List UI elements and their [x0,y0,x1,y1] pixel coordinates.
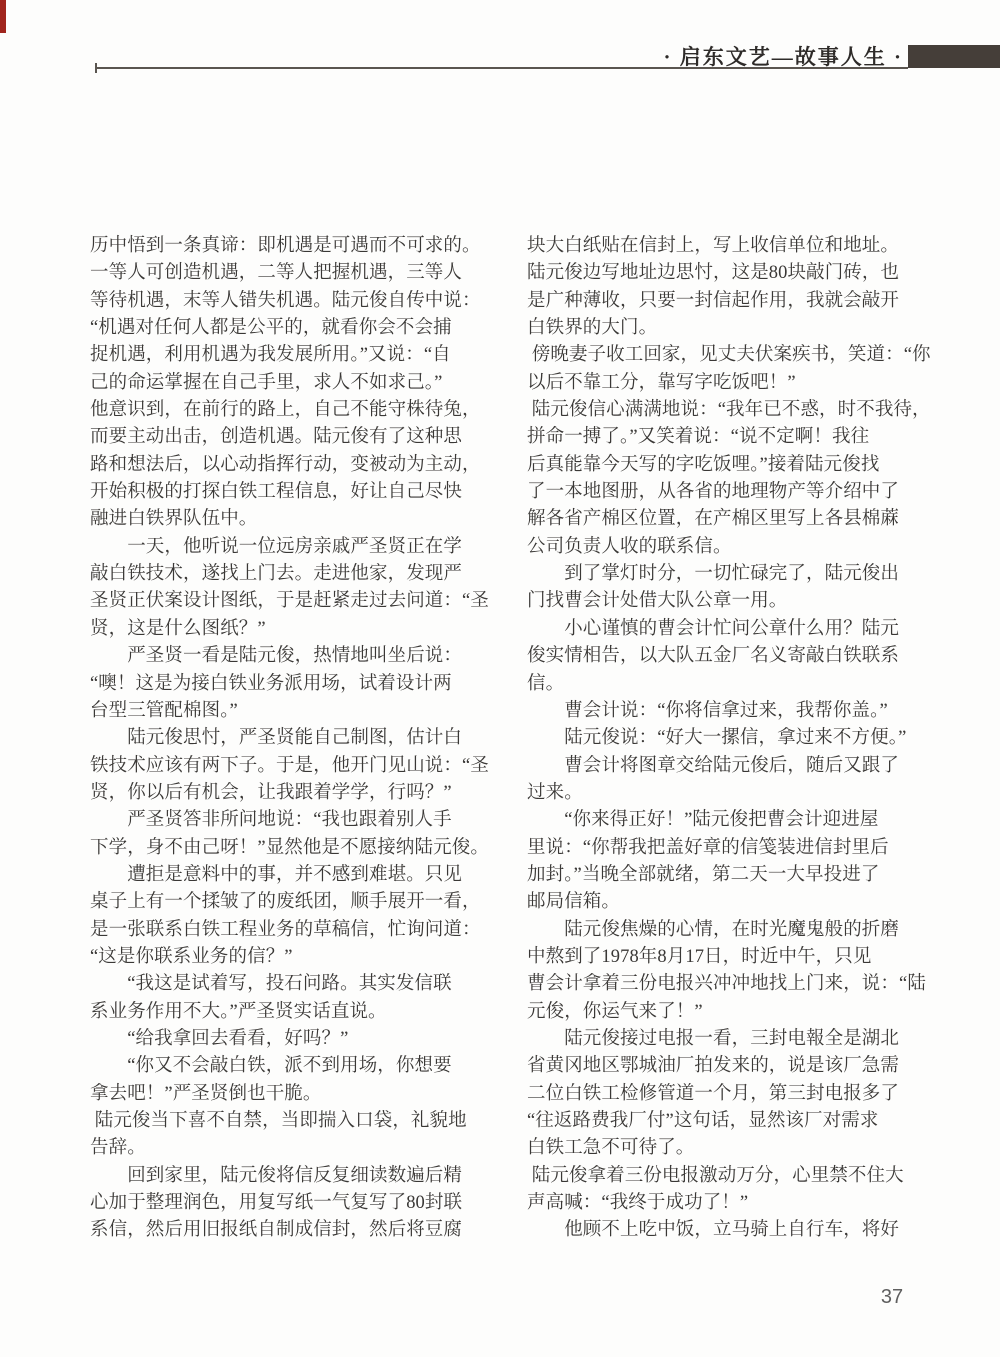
text-line: 贤，这是什么图纸？” [90,616,488,643]
text-column-left: 历中悟到一条真谛：即机遇是可遇而不可求的。一等人可创造机遇，二等人把握机遇，三等… [90,233,488,1245]
text-line: 回到家里，陆元俊将信反复细读数遍后精 [90,1163,488,1190]
text-line: “我这是试着写，投石问路。其实发信联 [90,971,488,998]
text-line: 是广种薄收，只要一封信起作用，我就会敲开 [527,288,925,315]
text-line: 告辞。 [90,1135,488,1162]
text-line: 俊实情相告，以大队五金厂名义寄敲白铁联系 [527,643,925,670]
text-line: “给我拿回去看看，好吗？” [90,1026,488,1053]
text-line: 一等人可创造机遇，二等人把握机遇，三等人 [90,260,488,287]
text-line: 捉机遇，利用机遇为我发展所用。”又说：“自 [90,342,488,369]
text-line: 陆元俊说：“好大一摞信，拿过来不方便。” [527,725,925,752]
text-line: 解各省产棉区位置，在产棉区里写上各县棉蔴 [527,506,925,533]
header-rule-tick [95,63,97,73]
text-line: 开始积极的打探白铁工程信息，好让自己尽快 [90,479,488,506]
text-line: “噢！这是为接白铁业务派用场，试着设计两 [90,671,488,698]
text-line: 拼命一搏了。”又笑着说：“说不定啊！我往 [527,424,925,451]
text-line: “你来得正好！”陆元俊把曹会计迎进屋 [527,807,925,834]
text-line: 他意识到，在前行的路上，自己不能守株待兔， [90,397,488,424]
text-line: 陆元俊当下喜不自禁，当即揣入口袋，礼貌地 [90,1108,488,1135]
text-line: 圣贤正伏案设计图纸，于是赶紧走过去问道：“圣 [90,588,488,615]
red-corner-mark [0,0,6,33]
text-line: 系信，然后用旧报纸自制成信封，然后将豆腐 [90,1217,488,1244]
text-line: 块大白纸贴在信封上，写上收信单位和地址。 [527,233,925,260]
text-line: 己的命运掌握在自己手里，求人不如求己。” [90,370,488,397]
text-line: 到了掌灯时分，一切忙碌完了，陆元俊出 [527,561,925,588]
page-number: 37 [872,1286,912,1309]
text-line: 元俊，你运气来了！” [527,999,925,1026]
text-line: 小心谨慎的曹会计忙问公章什么用？陆元 [527,616,925,643]
text-line: 下学，身不由己呀！”显然他是不愿接纳陆元俊。 [90,835,488,862]
text-line: 白铁工急不可待了。 [527,1135,925,1162]
text-line: 以后不靠工分，靠写字吃饭吧！” [527,370,925,397]
text-line: 路和想法后，以心动指挥行动，变被动为主动， [90,452,488,479]
text-line: 了一本地图册，从各省的地理物产等介绍中了 [527,479,925,506]
text-line: 曹会计将图章交给陆元俊后，随后又跟了 [527,753,925,780]
text-line: 遭拒是意料中的事，并不感到难堪。只见 [90,862,488,889]
text-line: 曹会计拿着三份电报兴冲冲地找上门来，说：“陆 [527,971,925,998]
text-line: 过来。 [527,780,925,807]
text-line: 公司负责人收的联系信。 [527,534,925,561]
text-line: 历中悟到一条真谛：即机遇是可遇而不可求的。 [90,233,488,260]
text-line: 而要主动出击，创造机遇。陆元俊有了这种思 [90,424,488,451]
text-line: “往返路费我厂付”这句话，显然该厂对需求 [527,1108,925,1135]
text-line: 邮局信箱。 [527,889,925,916]
text-line: 他顾不上吃中饭，立马骑上自行车，将好 [527,1217,925,1244]
text-line: 陆元俊焦燥的心情，在时光魔鬼般的折磨 [527,917,925,944]
text-line: 等待机遇，末等人错失机遇。陆元俊自传中说： [90,288,488,315]
text-line: 门找曹会计处借大队公章一用。 [527,588,925,615]
magazine-page: · 启东文艺—故事人生 · 历中悟到一条真谛：即机遇是可遇而不可求的。一等人可创… [0,0,1000,1357]
text-line: 中熬到了1978年8月17日，时近中午，只见 [527,944,925,971]
header-rule [95,67,908,69]
text-line: 系业务作用不大。”严圣贤实话直说。 [90,999,488,1026]
text-line: 桌子上有一个揉皱了的废纸团，顺手展开一看， [90,889,488,916]
text-line: 后真能靠今天写的字吃饭哩。”接着陆元俊找 [527,452,925,479]
text-line: 敲白铁技术，遂找上门去。走进他家，发现严 [90,561,488,588]
text-line: 一天，他听说一位远房亲戚严圣贤正在学 [90,534,488,561]
text-line: 里说：“你帮我把盖好章的信笺装进信封里后 [527,835,925,862]
text-line: 心加于整理润色，用复写纸一气复写了80封联 [90,1190,488,1217]
text-line: 声高喊：“我终于成功了！” [527,1190,925,1217]
text-line: 加封。”当晚全部就绪，第二天一大早投进了 [527,862,925,889]
text-line: 省黄冈地区鄂城油厂拍发来的，说是该厂急需 [527,1053,925,1080]
text-column-right: 块大白纸贴在信封上，写上收信单位和地址。陆元俊边写地址边思忖，这是80块敲门砖，… [527,233,925,1245]
text-line: 陆元俊信心满满地说：“我年已不惑，时不我待， [527,397,925,424]
text-line: “机遇对任何人都是公平的，就看你会不会捕 [90,315,488,342]
text-line: 贤，你以后有机会，让我跟着学学，行吗？” [90,780,488,807]
text-line: 曹会计说：“你将信拿过来，我帮你盖。” [527,698,925,725]
text-line: 陆元俊思忖，严圣贤能自己制图，估计白 [90,725,488,752]
text-line: 白铁界的大门。 [527,315,925,342]
text-line: 铁技术应该有两下子。于是，他开门见山说：“圣 [90,753,488,780]
text-line: 信。 [527,671,925,698]
text-line: 严圣贤一看是陆元俊，热情地叫坐后说： [90,643,488,670]
text-line: 傍晚妻子收工回家，见丈夫伏案疾书，笑道：“你 [527,342,925,369]
text-line: “你又不会敲白铁，派不到用场，你想要 [90,1053,488,1080]
text-line: 陆元俊拿着三份电报激动万分，心里禁不住大 [527,1163,925,1190]
text-line: 严圣贤答非所问地说：“我也跟着别人手 [90,807,488,834]
header-corner-block [908,45,1000,68]
text-line: 台型三管配棉图。” [90,698,488,725]
text-line: “这是你联系业务的信？” [90,944,488,971]
text-line: 陆元俊边写地址边思忖，这是80块敲门砖，也 [527,260,925,287]
text-line: 是一张联系白铁工程业务的草稿信，忙询问道： [90,917,488,944]
text-line: 融进白铁界队伍中。 [90,506,488,533]
text-line: 拿去吧！”严圣贤倒也干脆。 [90,1081,488,1108]
text-line: 二位白铁工检修管道一个月，第三封电报多了 [527,1081,925,1108]
text-line: 陆元俊接过电报一看，三封电報全是湖北 [527,1026,925,1053]
